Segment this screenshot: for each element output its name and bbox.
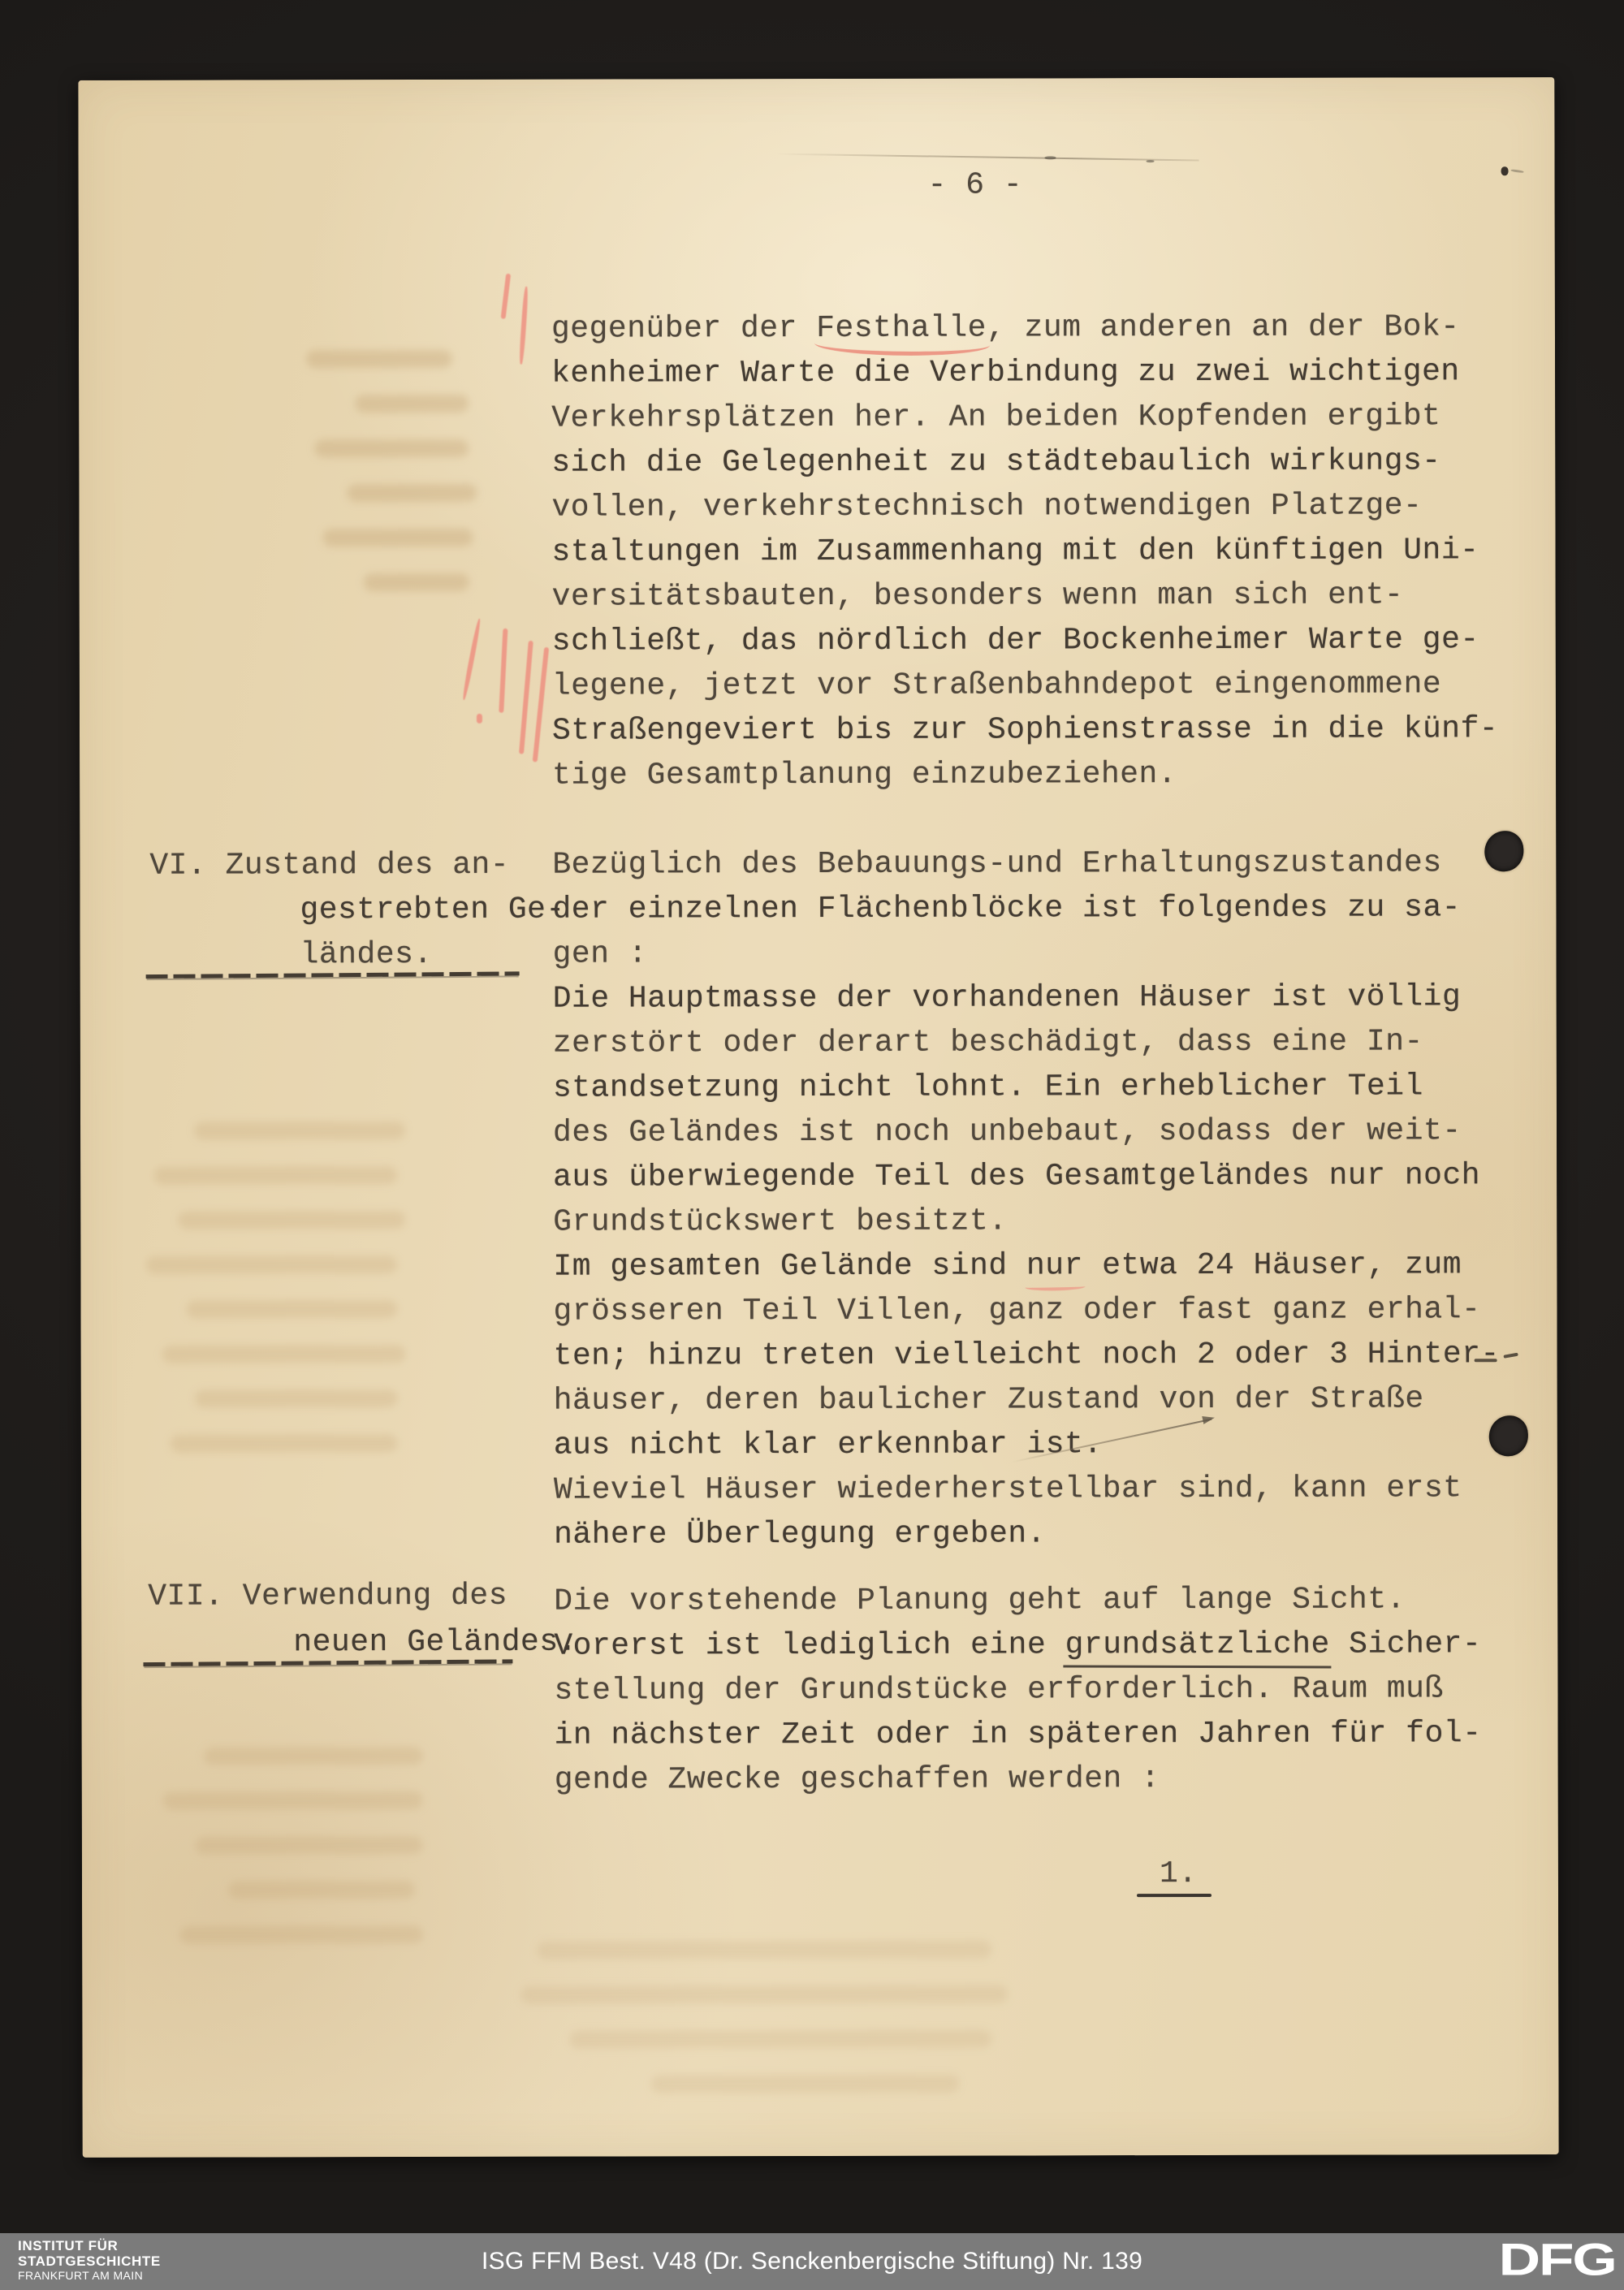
section-vi-body: Bezüglich des Bebauungs-und Erhaltungszu…	[78, 77, 1554, 80]
text-line: Grundstückswert besitzt.	[553, 1204, 1007, 1241]
bleedthrough-mark	[355, 395, 469, 413]
text-line: standsetzung nicht lohnt. Ein erhebliche…	[553, 1069, 1423, 1106]
bleedthrough-mark	[195, 1389, 398, 1408]
paragraph-1: gegenüber der Festhalle, zum anderen an …	[78, 77, 1554, 80]
institute-name: INSTITUT FÜR STADTGESCHICHTE FRANKFURT A…	[18, 2239, 161, 2281]
bleedthrough-mark	[537, 1941, 991, 1959]
text-line: häuser, deren baulicher Zustand von der …	[554, 1381, 1424, 1419]
institute-line: STADTGESCHICHTE	[18, 2254, 161, 2268]
institute-line: INSTITUT FÜR	[18, 2239, 161, 2253]
bleedthrough-mark	[347, 484, 477, 502]
text-line: Wieviel Häuser wiederherstellbar sind, k…	[554, 1471, 1462, 1508]
bleedthrough-mark	[306, 350, 452, 368]
text-line: gestrebten Ge-	[300, 892, 564, 929]
text-line: VI. Zustand des an-	[149, 848, 509, 884]
bleedthrough-mark	[520, 1985, 1008, 2004]
red-margin-mark	[519, 287, 529, 365]
text-segment: Sicher-	[1330, 1627, 1482, 1661]
text-line: vollen, verkehrstechnisch notwendigen Pl…	[551, 488, 1422, 525]
text-line: nähere Überlegung ergeben.	[554, 1516, 1046, 1553]
ink-underlined-word: grundsätzliche	[1065, 1627, 1330, 1663]
punch-hole	[1489, 1415, 1528, 1456]
section-heading-vi: VI. Zustand des an- gestrebten Ge- lände…	[78, 77, 1554, 80]
text-segment: gegenüber der	[551, 311, 816, 347]
text-line: des Geländes ist noch unbebaut, sodass d…	[553, 1113, 1462, 1151]
bleedthrough-mark	[204, 1747, 423, 1765]
bleedthrough-mark	[314, 439, 469, 457]
text-line: tige Gesamtplanung einzubeziehen.	[552, 757, 1177, 794]
text-line: Vorerst ist lediglich eine grundsätzlich…	[554, 1627, 1481, 1664]
ink-speck	[1501, 166, 1509, 175]
bleedthrough-mark	[650, 2075, 959, 2093]
bleedthrough-mark	[186, 1300, 397, 1319]
text-line: aus nicht klar erkennbar ist.	[554, 1427, 1103, 1463]
archive-footer-bar: INSTITUT FÜR STADTGESCHICHTE FRANKFURT A…	[0, 2233, 1624, 2290]
ink-speck	[1045, 156, 1056, 159]
text-line: Die vorstehende Planung geht auf lange S…	[554, 1582, 1406, 1619]
text-line: stellung der Grundstücke erforderlich. R…	[554, 1671, 1443, 1709]
text-line: versitätsbauten, besonders wenn man sich…	[552, 577, 1404, 615]
text-line: Bezüglich des Bebauungs-und Erhaltungszu…	[552, 845, 1441, 883]
text-line: grösseren Teil Villen, ganz oder fast ga…	[553, 1292, 1480, 1329]
bleedthrough-mark	[569, 2030, 991, 2049]
text-line: aus überwiegende Teil des Gesamtgeländes…	[553, 1158, 1480, 1195]
red-margin-mark	[499, 629, 508, 713]
text-line: der einzelnen Flächenblöcke ist folgende…	[552, 890, 1461, 927]
bleedthrough-mark	[322, 529, 473, 547]
text-line: ten; hinzu treten vielleicht noch 2 oder…	[554, 1337, 1500, 1374]
bleedthrough-mark	[179, 1925, 423, 1944]
text-line: Verkehrsplätzen her. An beiden Kopfenden…	[551, 399, 1440, 436]
text-line: staltungen im Zusammenhang mit den künft…	[551, 533, 1479, 570]
reference-label: ISG FFM Best. V48 (Dr. Senckenbergische …	[482, 2248, 1142, 2275]
page-number: - 6 -	[928, 167, 1023, 203]
ink-speck	[1510, 169, 1523, 173]
red-margin-mark	[477, 714, 482, 724]
punch-hole	[1484, 831, 1523, 871]
text-line: zerstört oder derart beschädigt, dass ei…	[553, 1024, 1423, 1061]
text-line: gen :	[553, 936, 648, 972]
text-segment: Im gesamten Gelände sind	[553, 1248, 1026, 1284]
bleedthrough-mark	[196, 1836, 423, 1855]
red-margin-mark	[501, 274, 512, 319]
red-underlined-word: nur	[1026, 1248, 1083, 1283]
footnote-rule	[1137, 1894, 1212, 1897]
bleedthrough-mark	[171, 1434, 398, 1453]
typed-dash-mark	[1475, 1359, 1497, 1362]
text-line: Im gesamten Gelände sind nur etwa 24 Häu…	[553, 1247, 1462, 1285]
bleedthrough-mark	[162, 1345, 406, 1363]
red-margin-mark	[533, 647, 550, 763]
text-line: kenheimer Warte die Verbindung zu zwei w…	[551, 354, 1460, 391]
text-line: gegenüber der Festhalle, zum anderen an …	[551, 309, 1460, 347]
section-heading-vii: VII. Verwendung des neuen Geländes.	[78, 77, 1554, 80]
bleedthrough-mark	[228, 1881, 415, 1899]
bleedthrough-mark	[194, 1121, 405, 1140]
text-segment: etwa 24 Häuser, zum	[1083, 1247, 1462, 1283]
footnote-marker: 1.	[1160, 1856, 1198, 1892]
red-underlined-word: Festhalle	[816, 311, 987, 346]
text-line: Die Hauptmasse der vorhandenen Häuser is…	[553, 979, 1462, 1017]
text-segment: Vorerst ist lediglich eine	[554, 1627, 1065, 1663]
typed-dash-mark	[1503, 1353, 1518, 1359]
red-margin-mark	[461, 618, 482, 700]
document-paper: - 6 - gegenüber der Festhalle, zum ander…	[78, 77, 1558, 2158]
text-line: legene, jetzt vor Straßenbahndepot einge…	[552, 667, 1441, 704]
text-line: schließt, das nördlich der Bockenheimer …	[552, 622, 1479, 659]
text-line: neuen Geländes.	[293, 1625, 577, 1661]
bleedthrough-mark	[153, 1166, 397, 1185]
bleedthrough-mark	[163, 1791, 423, 1810]
heading-rule	[143, 1659, 512, 1666]
bleedthrough-mark	[178, 1211, 405, 1229]
heading-rule	[146, 971, 520, 979]
text-segment: , zum anderen an der Bok-	[987, 309, 1460, 345]
section-vii-body: Die vorstehende Planung geht auf lange S…	[78, 77, 1554, 80]
text-line: Straßengeviert bis zur Sophienstrasse in…	[552, 711, 1498, 749]
text-line: sich die Gelegenheit zu städtebaulich wi…	[551, 443, 1440, 481]
text-line: VII. Verwendung des	[148, 1579, 508, 1615]
text-line: in nächster Zeit oder in späteren Jahren…	[555, 1716, 1482, 1753]
bleedthrough-mark	[364, 573, 469, 591]
text-line: ländes.	[300, 937, 433, 973]
dfg-logo: DFG	[1498, 2233, 1615, 2285]
scanned-page-photo: - 6 - gegenüber der Festhalle, zum ander…	[0, 0, 1624, 2290]
red-margin-mark	[519, 641, 533, 754]
ink-speck	[1147, 160, 1155, 162]
text-line: gende Zwecke geschaffen werden :	[555, 1761, 1160, 1799]
crease-line	[777, 153, 1199, 162]
bleedthrough-mark	[145, 1255, 397, 1274]
institute-line: FRANKFURT AM MAIN	[18, 2270, 161, 2281]
